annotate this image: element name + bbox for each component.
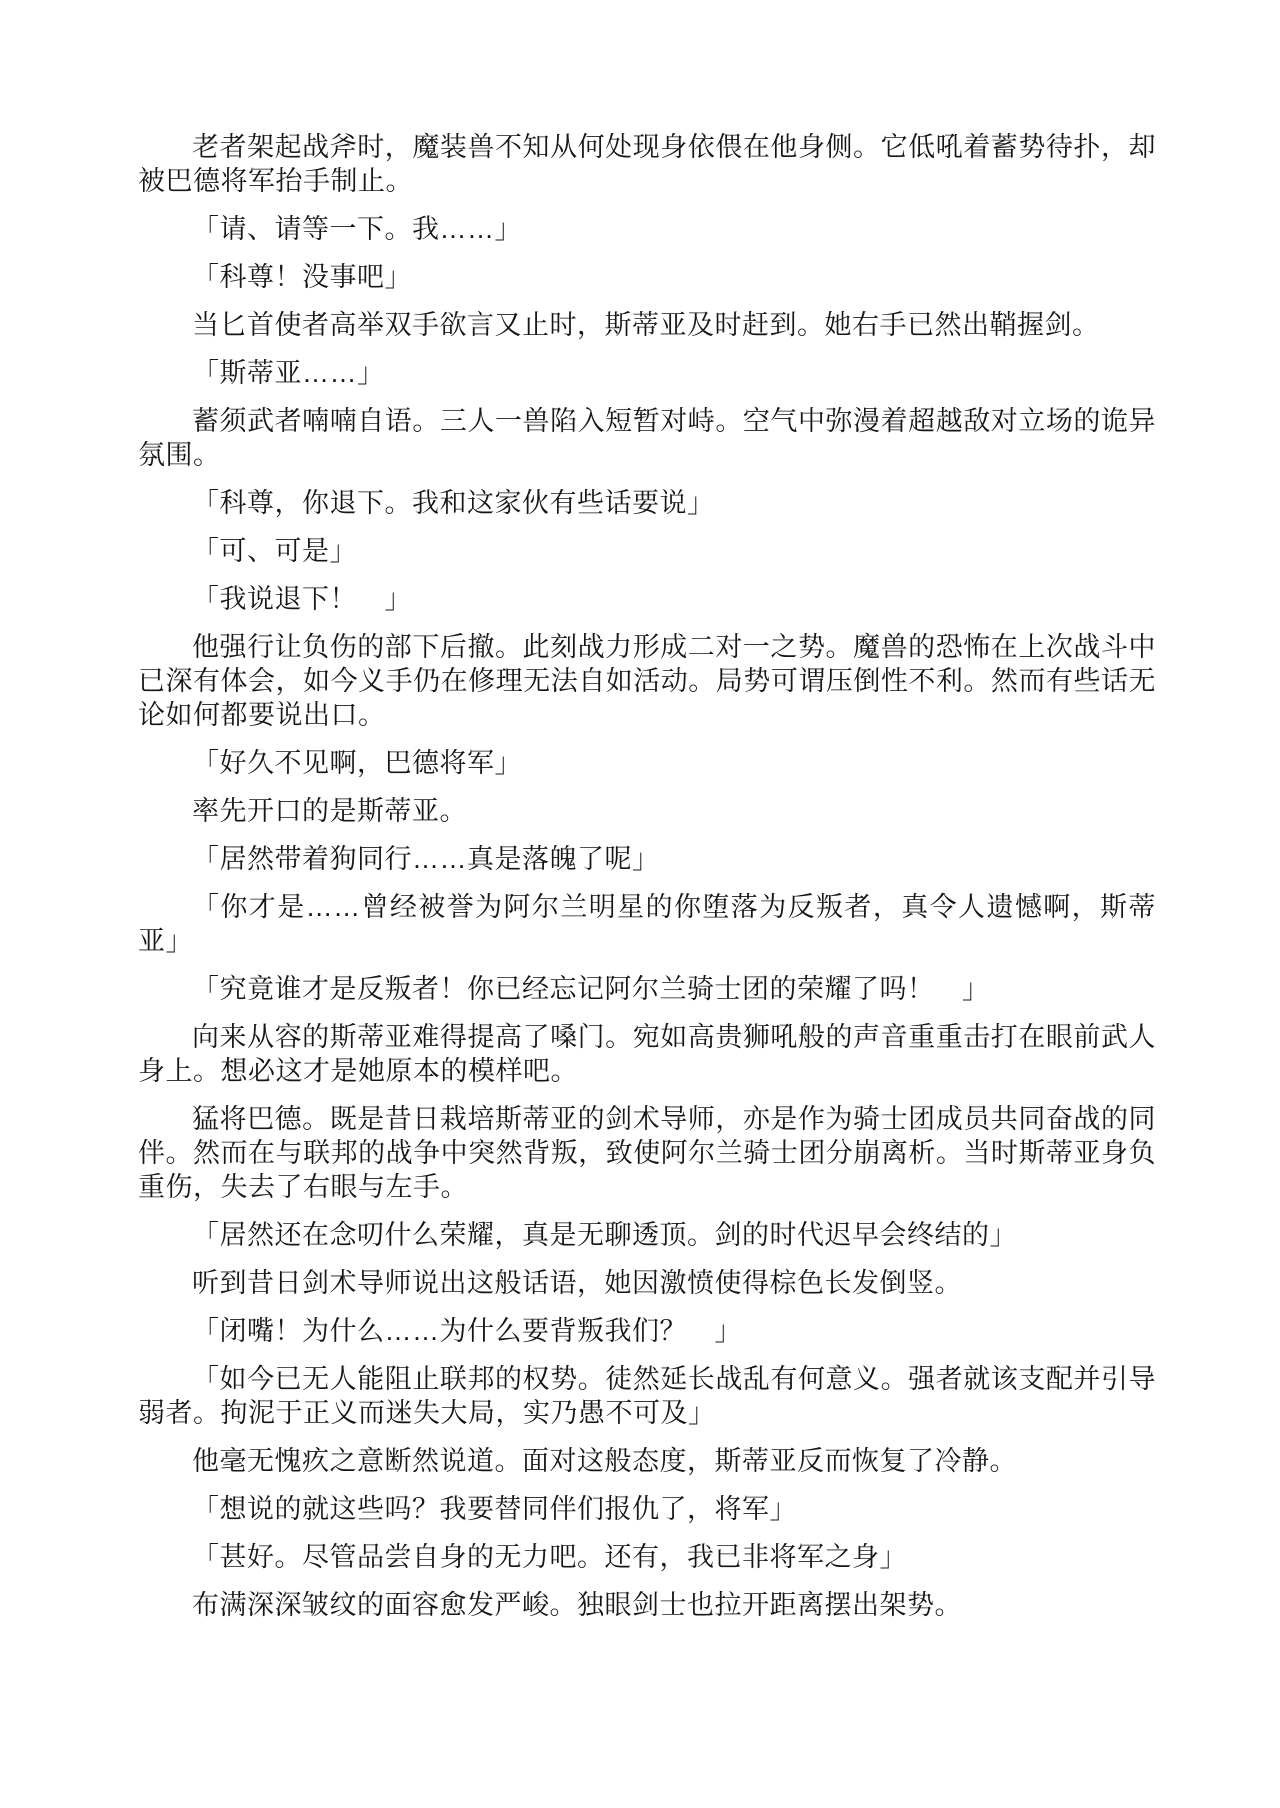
paragraph: 他毫无愧疚之意断然说道。面对这般态度，斯蒂亚反而恢复了冷静。 (138, 1444, 1156, 1478)
paragraph: 向来从容的斯蒂亚难得提高了嗓门。宛如高贵狮吼般的声音重重击打在眼前武人身上。想必… (138, 1020, 1156, 1088)
paragraph-dialogue: 「我说退下！ 」 (138, 582, 1156, 616)
paragraph: 他强行让负伤的部下后撤。此刻战力形成二对一之势。魔兽的恐怖在上次战斗中已深有体会… (138, 630, 1156, 732)
paragraph-dialogue: 「如今已无人能阻止联邦的权势。徒然延长战乱有何意义。强者就该支配并引导弱者。拘泥… (138, 1362, 1156, 1430)
paragraph-dialogue: 「甚好。尽管品尝自身的无力吧。还有，我已非将军之身」 (138, 1540, 1156, 1574)
paragraph-dialogue: 「居然带着狗同行……真是落魄了呢」 (138, 842, 1156, 876)
paragraph: 率先开口的是斯蒂亚。 (138, 794, 1156, 828)
paragraph-dialogue: 「究竟谁才是反叛者！你已经忘记阿尔兰骑士团的荣耀了吗！ 」 (138, 972, 1156, 1006)
paragraph: 老者架起战斧时，魔装兽不知从何处现身依偎在他身侧。它低吼着蓄势待扑，却被巴德将军… (138, 130, 1156, 198)
paragraph-dialogue: 「闭嘴！为什么……为什么要背叛我们？ 」 (138, 1314, 1156, 1348)
paragraph: 布满深深皱纹的面容愈发严峻。独眼剑士也拉开距离摆出架势。 (138, 1588, 1156, 1622)
paragraph: 当匕首使者高举双手欲言又止时，斯蒂亚及时赶到。她右手已然出鞘握剑。 (138, 308, 1156, 342)
paragraph-dialogue: 「斯蒂亚……」 (138, 356, 1156, 390)
paragraph-dialogue: 「科尊，你退下。我和这家伙有些话要说」 (138, 486, 1156, 520)
paragraph-dialogue: 「可、可是」 (138, 534, 1156, 568)
paragraph-dialogue: 「你才是……曾经被誉为阿尔兰明星的你堕落为反叛者，真令人遗憾啊，斯蒂亚」 (138, 890, 1156, 958)
paragraph: 蓄须武者喃喃自语。三人一兽陷入短暂对峙。空气中弥漫着超越敌对立场的诡异氛围。 (138, 404, 1156, 472)
paragraph: 听到昔日剑术导师说出这般话语，她因激愤使得棕色长发倒竖。 (138, 1266, 1156, 1300)
paragraph-dialogue: 「请、请等一下。我……」 (138, 212, 1156, 246)
novel-page: 老者架起战斧时，魔装兽不知从何处现身依偎在他身侧。它低吼着蓄势待扑，却被巴德将军… (0, 0, 1280, 1808)
paragraph-dialogue: 「好久不见啊，巴德将军」 (138, 746, 1156, 780)
paragraph-dialogue: 「科尊！没事吧」 (138, 260, 1156, 294)
paragraph-dialogue: 「想说的就这些吗？我要替同伴们报仇了，将军」 (138, 1492, 1156, 1526)
paragraph-dialogue: 「居然还在念叨什么荣耀，真是无聊透顶。剑的时代迟早会终结的」 (138, 1218, 1156, 1252)
paragraph: 猛将巴德。既是昔日栽培斯蒂亚的剑术导师，亦是作为骑士团成员共同奋战的同伴。然而在… (138, 1102, 1156, 1204)
